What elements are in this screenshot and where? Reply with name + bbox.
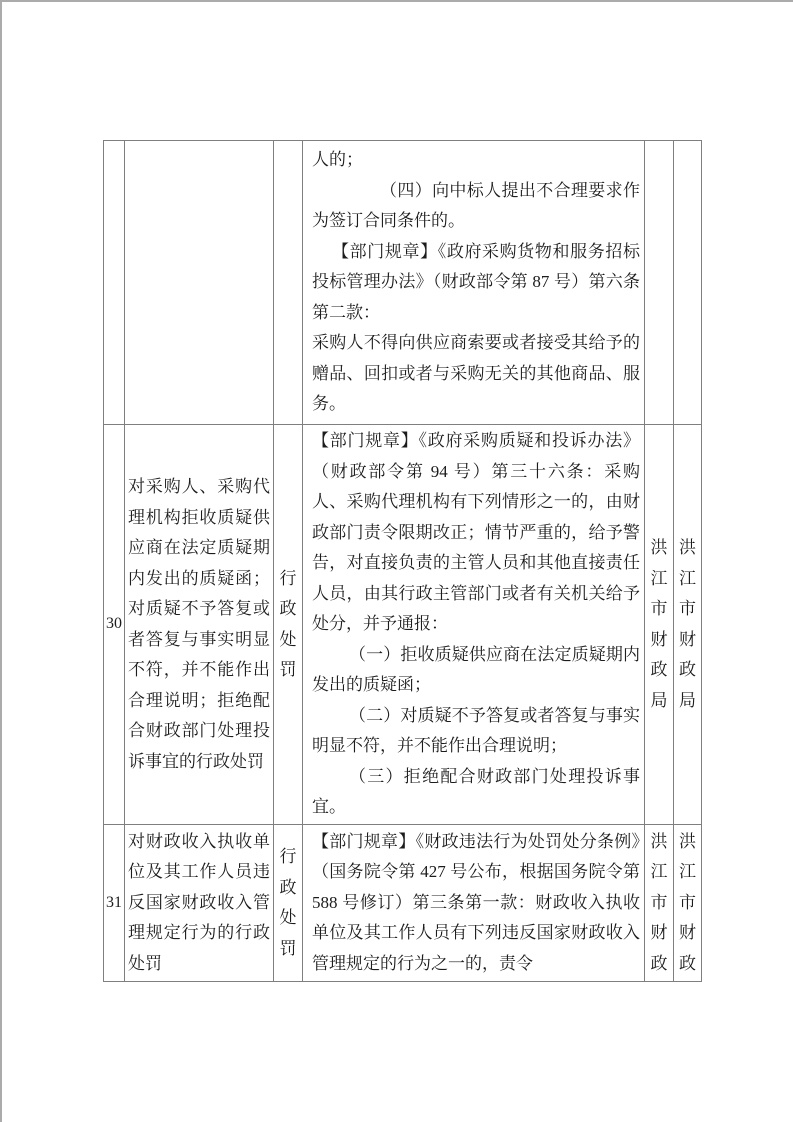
legal-basis-paragraph: （二）对质疑不予答复或者答复与事实明显不符，并不能作出合理说明； <box>312 701 640 762</box>
implementing-agency-cell: 洪江市财政局 <box>645 425 674 825</box>
supervising-agency-cell: 洪江市财政 <box>674 825 702 982</box>
legal-basis-cell: 【部门规章】《政府采购质疑和投诉办法》（财政部令第 94 号）第三十六条：采购人… <box>303 425 645 825</box>
penalty-type: 行政处罚 <box>278 842 297 964</box>
implementing-agency: 洪江市财政 <box>649 827 668 980</box>
table-row-31: 31 对财政收入执收单位及其工作人员违反国家财政收入管理规定行为的行政处罚 行政… <box>104 825 702 982</box>
penalty-description: 对财政收入执收单位及其工作人员违反国家财政收入管理规定行为的行政处罚 <box>128 827 270 980</box>
row-number: 30 <box>106 615 122 632</box>
legal-basis-paragraph: 采购人不得向供应商索要或者接受其给予的赠品、回扣或者与采购无关的其他商品、服务。 <box>312 328 640 420</box>
supervising-agency-cell: 洪江市财政局 <box>674 425 702 825</box>
row-number: 31 <box>106 894 122 911</box>
row-number-cell: 30 <box>104 425 125 825</box>
description-cell: 对采购人、采购代理机构拒收质疑供应商在法定质疑期内发出的质疑函；对质疑不予答复或… <box>125 425 274 825</box>
row-number-cell: 31 <box>104 825 125 982</box>
row-number-cell <box>104 141 125 425</box>
description-cell: 对财政收入执收单位及其工作人员违反国家财政收入管理规定行为的行政处罚 <box>125 825 274 982</box>
supervising-agency: 洪江市财政局 <box>678 533 697 716</box>
implementing-agency-cell <box>645 141 674 425</box>
supervising-agency: 洪江市财政 <box>678 827 697 980</box>
legal-basis-paragraph: （一）拒收质疑供应商在法定质疑期内发出的质疑函； <box>312 640 640 701</box>
legal-basis-cell: 【部门规章】《财政违法行为处罚处分条例》（国务院令第 427 号公布，根据国务院… <box>303 825 645 982</box>
penalty-description: 对采购人、采购代理机构拒收质疑供应商在法定质疑期内发出的质疑函；对质疑不予答复或… <box>128 472 270 777</box>
implementing-agency-cell: 洪江市财政 <box>645 825 674 982</box>
penalty-items-table: 人的； （四）向中标人提出不合理要求作为签订合同条件的。 【部门规章】《政府采购… <box>103 140 702 982</box>
legal-basis-paragraph: 【部门规章】《财政违法行为处罚处分条例》（国务院令第 427 号公布，根据国务院… <box>312 827 640 980</box>
supervising-agency-cell <box>674 141 702 425</box>
penalty-type-cell: 行政处罚 <box>274 425 303 825</box>
penalty-type: 行政处罚 <box>278 564 297 686</box>
page-top-edge-line <box>0 0 793 2</box>
legal-basis-paragraph: 人的； <box>312 145 640 176</box>
document-page: { "page": { "background": "#ffffff", "gr… <box>0 0 793 1122</box>
implementing-agency: 洪江市财政局 <box>649 533 668 716</box>
table-row-30: 30 对采购人、采购代理机构拒收质疑供应商在法定质疑期内发出的质疑函；对质疑不予… <box>104 425 702 825</box>
penalty-type-cell: 行政处罚 <box>274 825 303 982</box>
page-left-edge-line <box>0 0 2 1122</box>
legal-basis-paragraph: 【部门规章】《政府采购质疑和投诉办法》（财政部令第 94 号）第三十六条：采购人… <box>312 426 640 640</box>
description-cell <box>125 141 274 425</box>
legal-basis-paragraph: 【部门规章】《政府采购货物和服务招标投标管理办法》（财政部令第 87 号）第六条… <box>312 237 640 329</box>
penalty-type-cell <box>274 141 303 425</box>
legal-basis-cell: 人的； （四）向中标人提出不合理要求作为签订合同条件的。 【部门规章】《政府采购… <box>303 141 645 425</box>
table-row-continuation: 人的； （四）向中标人提出不合理要求作为签订合同条件的。 【部门规章】《政府采购… <box>104 141 702 425</box>
legal-basis-paragraph: （三）拒绝配合财政部门处理投诉事宜。 <box>312 762 640 823</box>
legal-basis-paragraph: （四）向中标人提出不合理要求作为签订合同条件的。 <box>312 176 640 237</box>
